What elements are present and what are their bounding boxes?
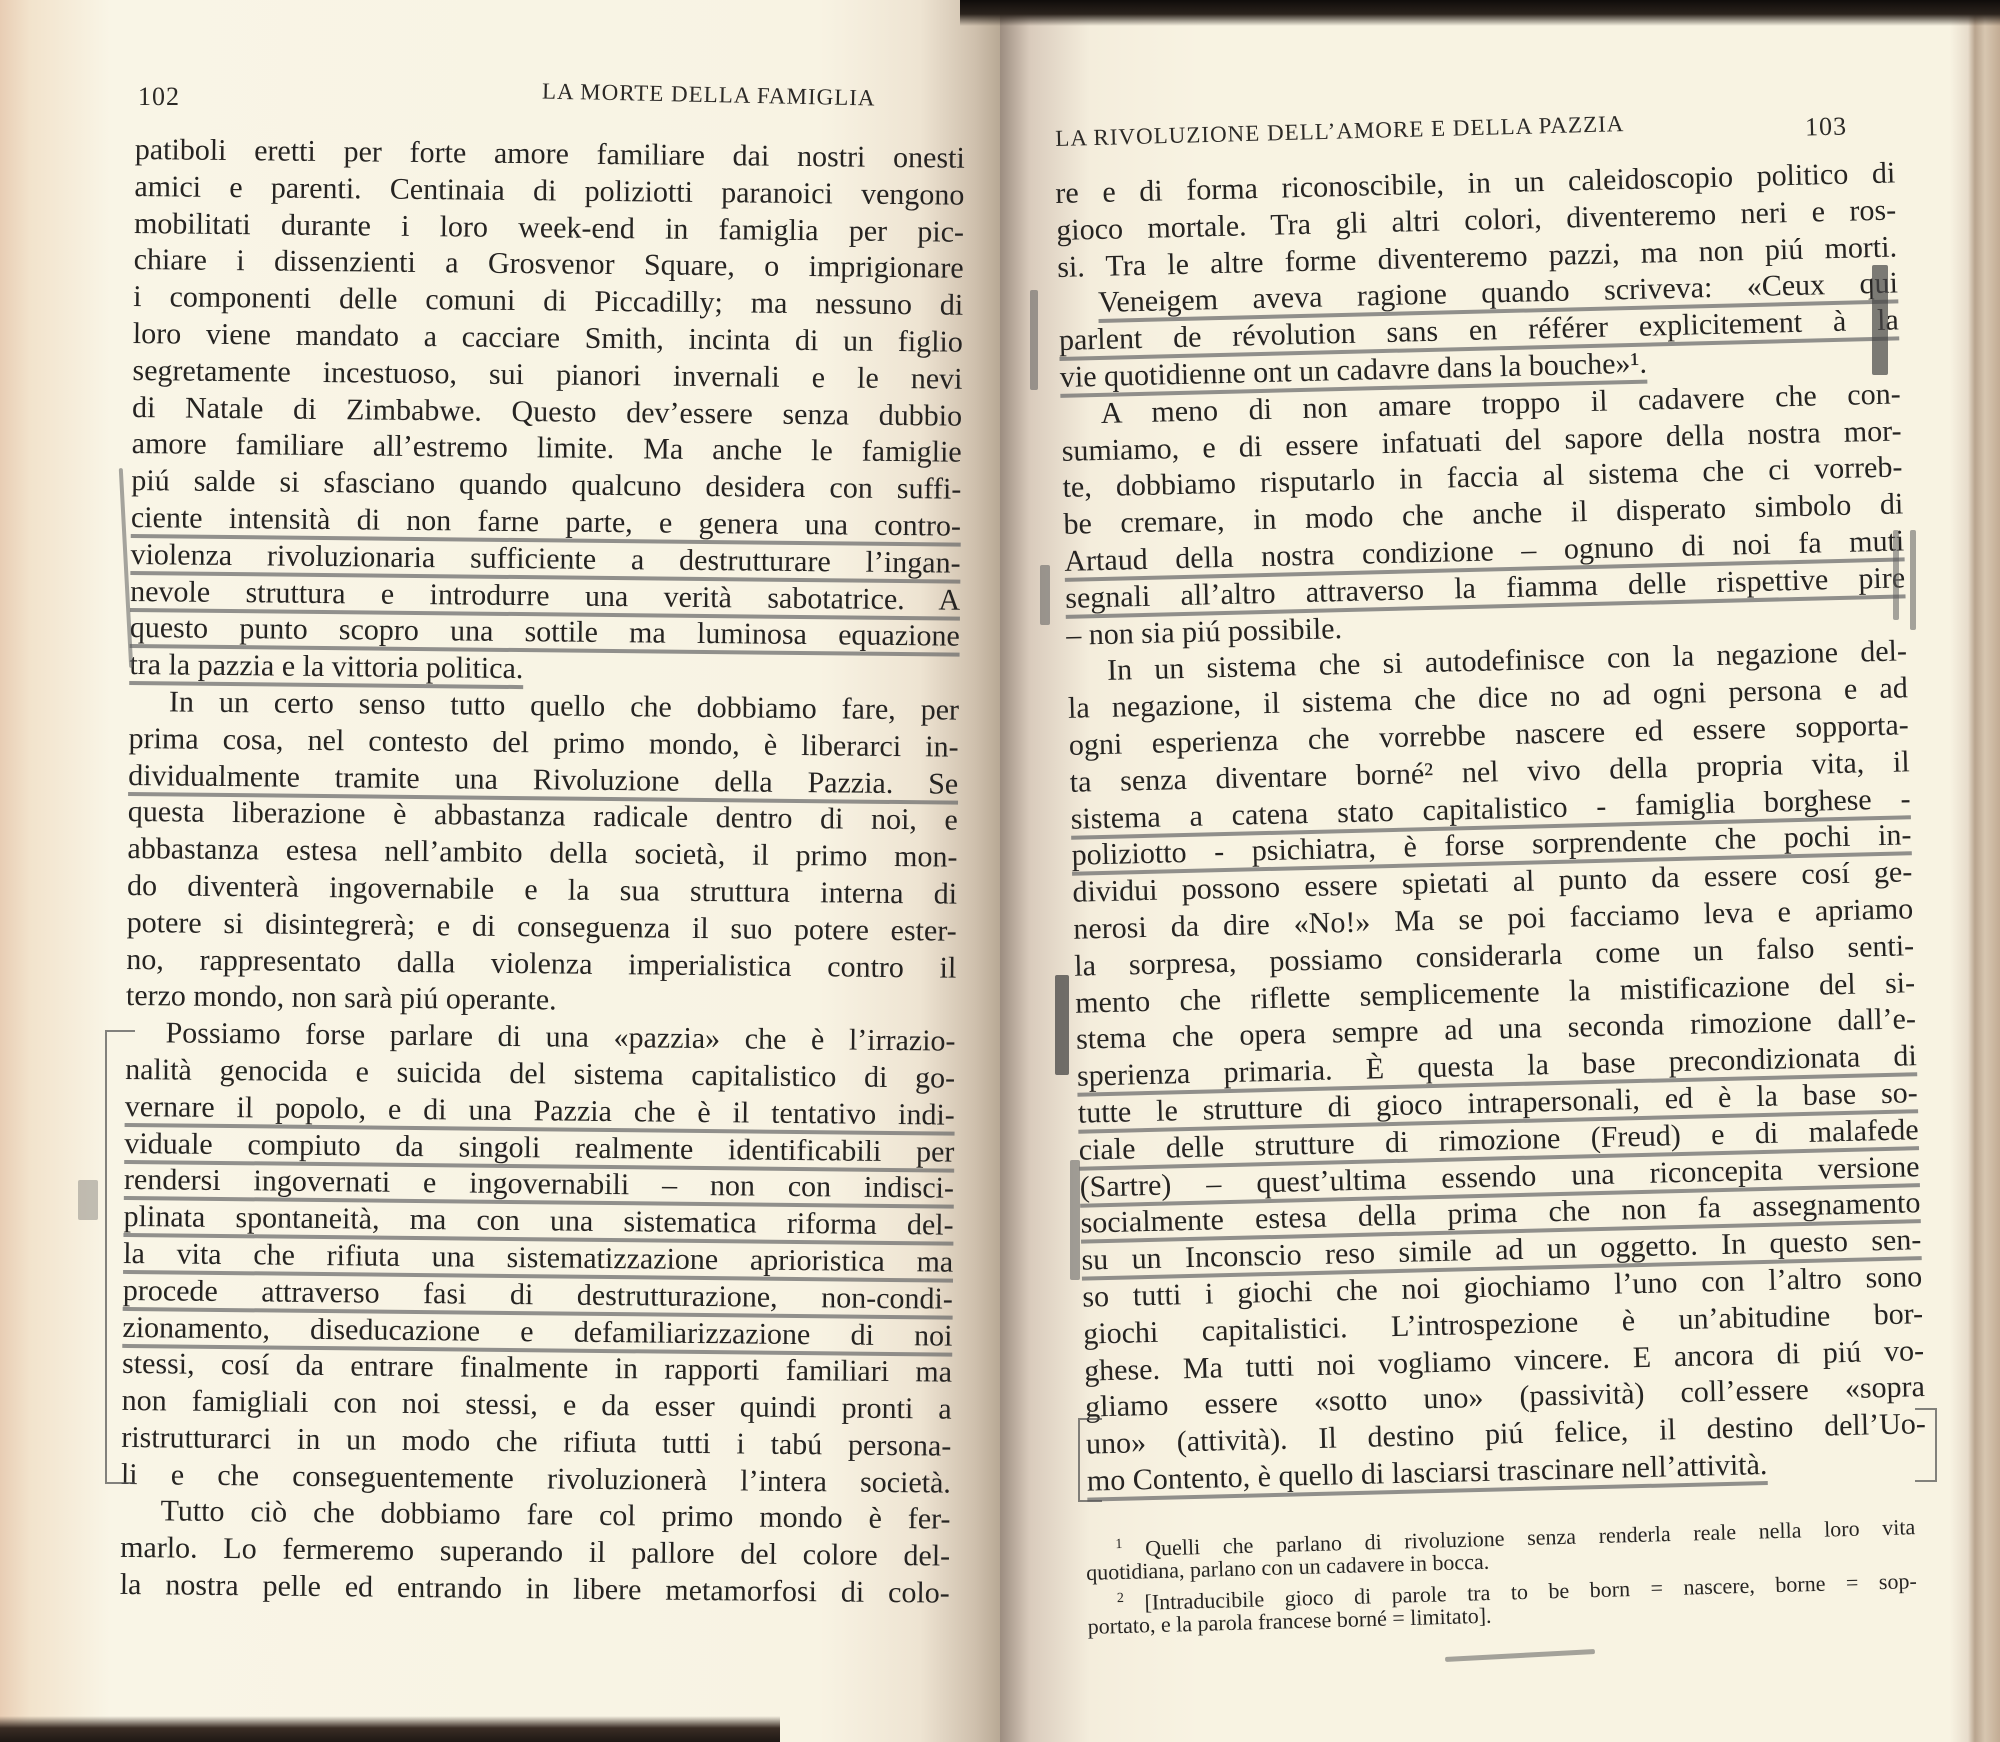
page-number-left: 102 — [138, 82, 180, 112]
book-spread: 102 LA MORTE DELLA FAMIGLIA patiboli ere… — [0, 0, 2000, 1742]
pencil-scribble — [78, 1180, 98, 1220]
pencil-margin-line — [1910, 530, 1916, 630]
left-page: 102 LA MORTE DELLA FAMIGLIA patiboli ere… — [0, 0, 1000, 1742]
pencil-underline — [1445, 1649, 1595, 1662]
pencil-margin-scribble — [1055, 975, 1069, 1075]
page-number-right: 103 — [1805, 111, 1848, 142]
footnote-marker: 1 — [1115, 1537, 1122, 1552]
pencil-bracket-right — [1915, 1408, 1937, 1482]
top-edge-shadow — [960, 0, 2000, 26]
pencil-bracket — [105, 1030, 135, 1484]
bottom-edge-shadow — [0, 1716, 780, 1742]
left-body-text: patiboli eretti per forte amore familiar… — [120, 132, 965, 1612]
pencil-margin-scribble — [1872, 265, 1888, 375]
footnote-marker: 2 — [1117, 1591, 1124, 1606]
pencil-margin-line — [1040, 565, 1050, 625]
running-head-left: LA MORTE DELLA FAMIGLIA — [542, 79, 876, 112]
pencil-margin-line — [1070, 1160, 1080, 1280]
right-page: LA RIVOLUZIONE DELL’AMORE E DELLA PAZZIA… — [1000, 0, 2000, 1742]
pencil-bracket — [1078, 1418, 1102, 1502]
running-head-right: LA RIVOLUZIONE DELL’AMORE E DELLA PAZZIA — [1055, 111, 1625, 152]
pencil-margin-line — [1030, 290, 1038, 390]
right-body-text: re e di forma riconoscibile, in un calei… — [1055, 155, 1927, 1500]
footnotes: 1 Quelli che parlano di rivoluzione senz… — [1085, 1509, 1918, 1640]
text-line: la nostra pelle ed entrando in libere me… — [120, 1567, 950, 1612]
pencil-margin-line — [1893, 530, 1899, 620]
